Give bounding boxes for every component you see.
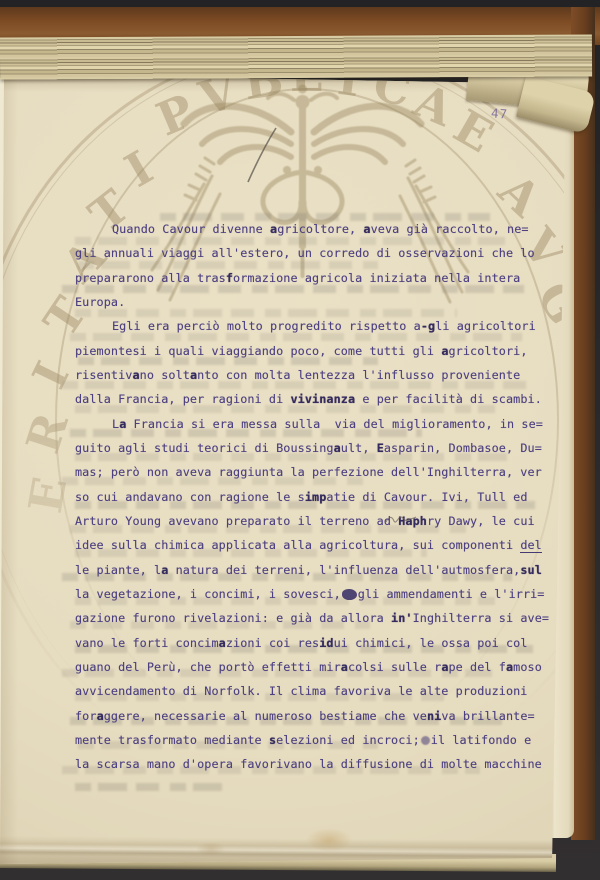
typed-segment: la scarsa mano d'opera favorivano la dif… [75,757,542,771]
typed-segment: idee sulla chimica applicata alla agrico… [75,538,520,552]
typed-segment: li agricoltori [435,319,536,333]
typed-segment: zioni coi res [226,636,319,650]
typed-line: Europa. [75,295,557,319]
typed-line: le piante, la natura dei terreni, l'infl… [75,563,557,587]
typed-segment: colsi sulle r [348,660,441,674]
typed-segment: atie di Cavour. Ivi, Tull ed [326,490,527,504]
typed-segment: so cui andavano con ragione le s [75,490,305,504]
ink-blot [342,589,357,600]
typed-segment: il latifondo e [431,733,532,747]
typed-segment: Francia si era messa sulla via del migli… [126,417,543,431]
typed-segment: ormazione agricola iniziata nella intera [233,271,520,285]
pencil-slash-mark [240,122,284,188]
typed-segment: prepararono alla tras [75,271,226,285]
typed-segment: ni [427,709,441,723]
typed-segment: Inghilterra si ave= [413,611,549,625]
typed-segment: veva già raccolto, ne= [371,222,529,236]
typed-segment: guito agli studi teorici di Boussing [75,441,334,455]
typed-segment: gricoltori, [449,344,528,358]
typed-segment: pe del f [449,660,506,674]
typed-segment: imp [305,490,327,504]
typed-line: mas; però non aveva raggiunta la perfezi… [75,465,557,489]
typed-segment: nto con molta lentezza l'influsso proven… [197,368,520,382]
typed-segment: elezioni ed incroci; [276,733,420,747]
typed-line: foraggere, necessarie al numeroso bestia… [75,709,557,733]
typed-segment: le piante, l [75,563,161,577]
typed-segment: f [226,271,233,285]
typed-segment: in' [391,611,413,625]
typed-segment: a [132,368,139,382]
typed-segment: ui chimici, le ossa poi col [334,636,528,650]
typed-line: so cui andavano con ragione le simpatie … [75,490,557,514]
typed-line: prepararono alla trasformazione agricola… [75,271,557,295]
typed-segment: gli annuali viaggi all'estero, un corred… [75,246,535,260]
typed-segment: Quando Cavour divenne [112,222,270,236]
typed-line: idee sulla chimica applicata alla agrico… [75,538,557,562]
typed-line: risentivano soltanto con molta lentezza … [75,368,557,392]
typed-segment: vivinanza [290,392,355,406]
manuscript-page: ERITATIPVBLICAEAVG [0,0,600,880]
typed-segment: la vegetazione, i concimi, i sovesci, [75,587,341,601]
typed-segment: ult, [341,441,377,455]
typed-segment: mas; però non aveva raggiunta la perfezi… [75,465,542,479]
typed-line: avvicendamento di Norfolk. Il clima favo… [75,684,557,708]
typed-line: piemontesi i quali viaggiando poco, come… [75,344,557,368]
typed-line: la vegetazione, i concimi, i sovesci,gli… [75,587,557,611]
typed-line: Egli era perciò molto progredito rispett… [75,319,557,343]
typed-segment: a [334,441,341,455]
typed-segment: va brillante= [441,709,534,723]
typed-line: gli annuali viaggi all'estero, un corred… [75,246,557,270]
typed-segment: asparin, Dombasoe, Du= [384,441,542,455]
typed-segment: vano le forti concim [75,636,219,650]
typed-segment: gricoltore, [277,222,363,236]
typed-segment: id [319,636,333,650]
typed-line: guito agli studi teorici di Boussingault… [75,441,557,465]
typed-line: mente trasformato mediante selezioni ed … [75,733,557,757]
typed-segment: moso [513,660,542,674]
page-number: 47 [490,105,508,121]
typed-line: gazione furono rivelazioni: e già da all… [75,611,557,635]
typed-segment: a [219,636,226,650]
pencil-annotation-squiggle [384,512,418,526]
typed-line: dalla Francia, per ragioni di vivinanza … [75,392,557,416]
typed-segment: natura dei terreni, l'influenza dell'aut… [168,563,520,577]
book-cover-right-edge [571,7,595,840]
typed-line: Arturo Young avevano preparato il terren… [75,514,557,538]
typed-segment: ry Dawy, le cui [427,514,535,528]
typed-segment: gazione furono rivelazioni: e già da all… [75,611,391,625]
page-stack-top-edges [0,34,592,79]
typed-text-block: Quando Cavour divenne agricoltore, aveva… [75,222,557,782]
typed-segment: no solt [140,368,190,382]
typed-segment: -g [421,319,435,333]
typed-line: La Francia si era messa sulla via del mi… [75,417,557,441]
typed-segment: Egli era perciò molto progredito rispett… [112,319,421,333]
typed-segment: a [363,222,370,236]
typed-segment: avvicendamento di Norfolk. Il clima favo… [75,684,528,698]
typed-segment: mente trasformato mediante [75,733,269,747]
typed-segment: E [377,441,384,455]
typed-segment: a [441,344,448,358]
typed-segment: a [441,660,448,674]
typed-segment: a [341,660,348,674]
typed-segment: for [75,709,97,723]
ink-smudge [421,736,430,745]
typed-segment: e per facilità di scambi. [355,392,542,406]
typed-segment: gli ammendamenti e l'irri= [358,587,545,601]
typed-segment: ggere, necessarie al numeroso bestiame c… [104,709,427,723]
typed-line: Quando Cavour divenne agricoltore, aveva… [75,222,557,246]
typed-segment: sul [520,563,542,577]
typed-segment: Europa. [75,295,125,309]
typed-segment: dalla Francia, per ragioni di [75,392,290,406]
scanned-book-photo: ERITATIPVBLICAEAVG [0,0,600,880]
typed-line: vano le forti concimazioni coi residui c… [75,636,557,660]
typed-segment: a [97,709,104,723]
typed-segment: guano del Perù, che portò effetti mir [75,660,341,674]
typed-line: la scarsa mano d'opera favorivano la dif… [75,757,557,781]
typed-line: guano del Perù, che portò effetti miraco… [75,660,557,684]
typed-segment: risentiv [75,368,132,382]
typed-segment: Arturo Young avevano preparato il terren… [75,514,398,528]
typed-segment: piemontesi i quali viaggiando poco, come… [75,344,441,358]
typed-segment: del [520,538,542,553]
